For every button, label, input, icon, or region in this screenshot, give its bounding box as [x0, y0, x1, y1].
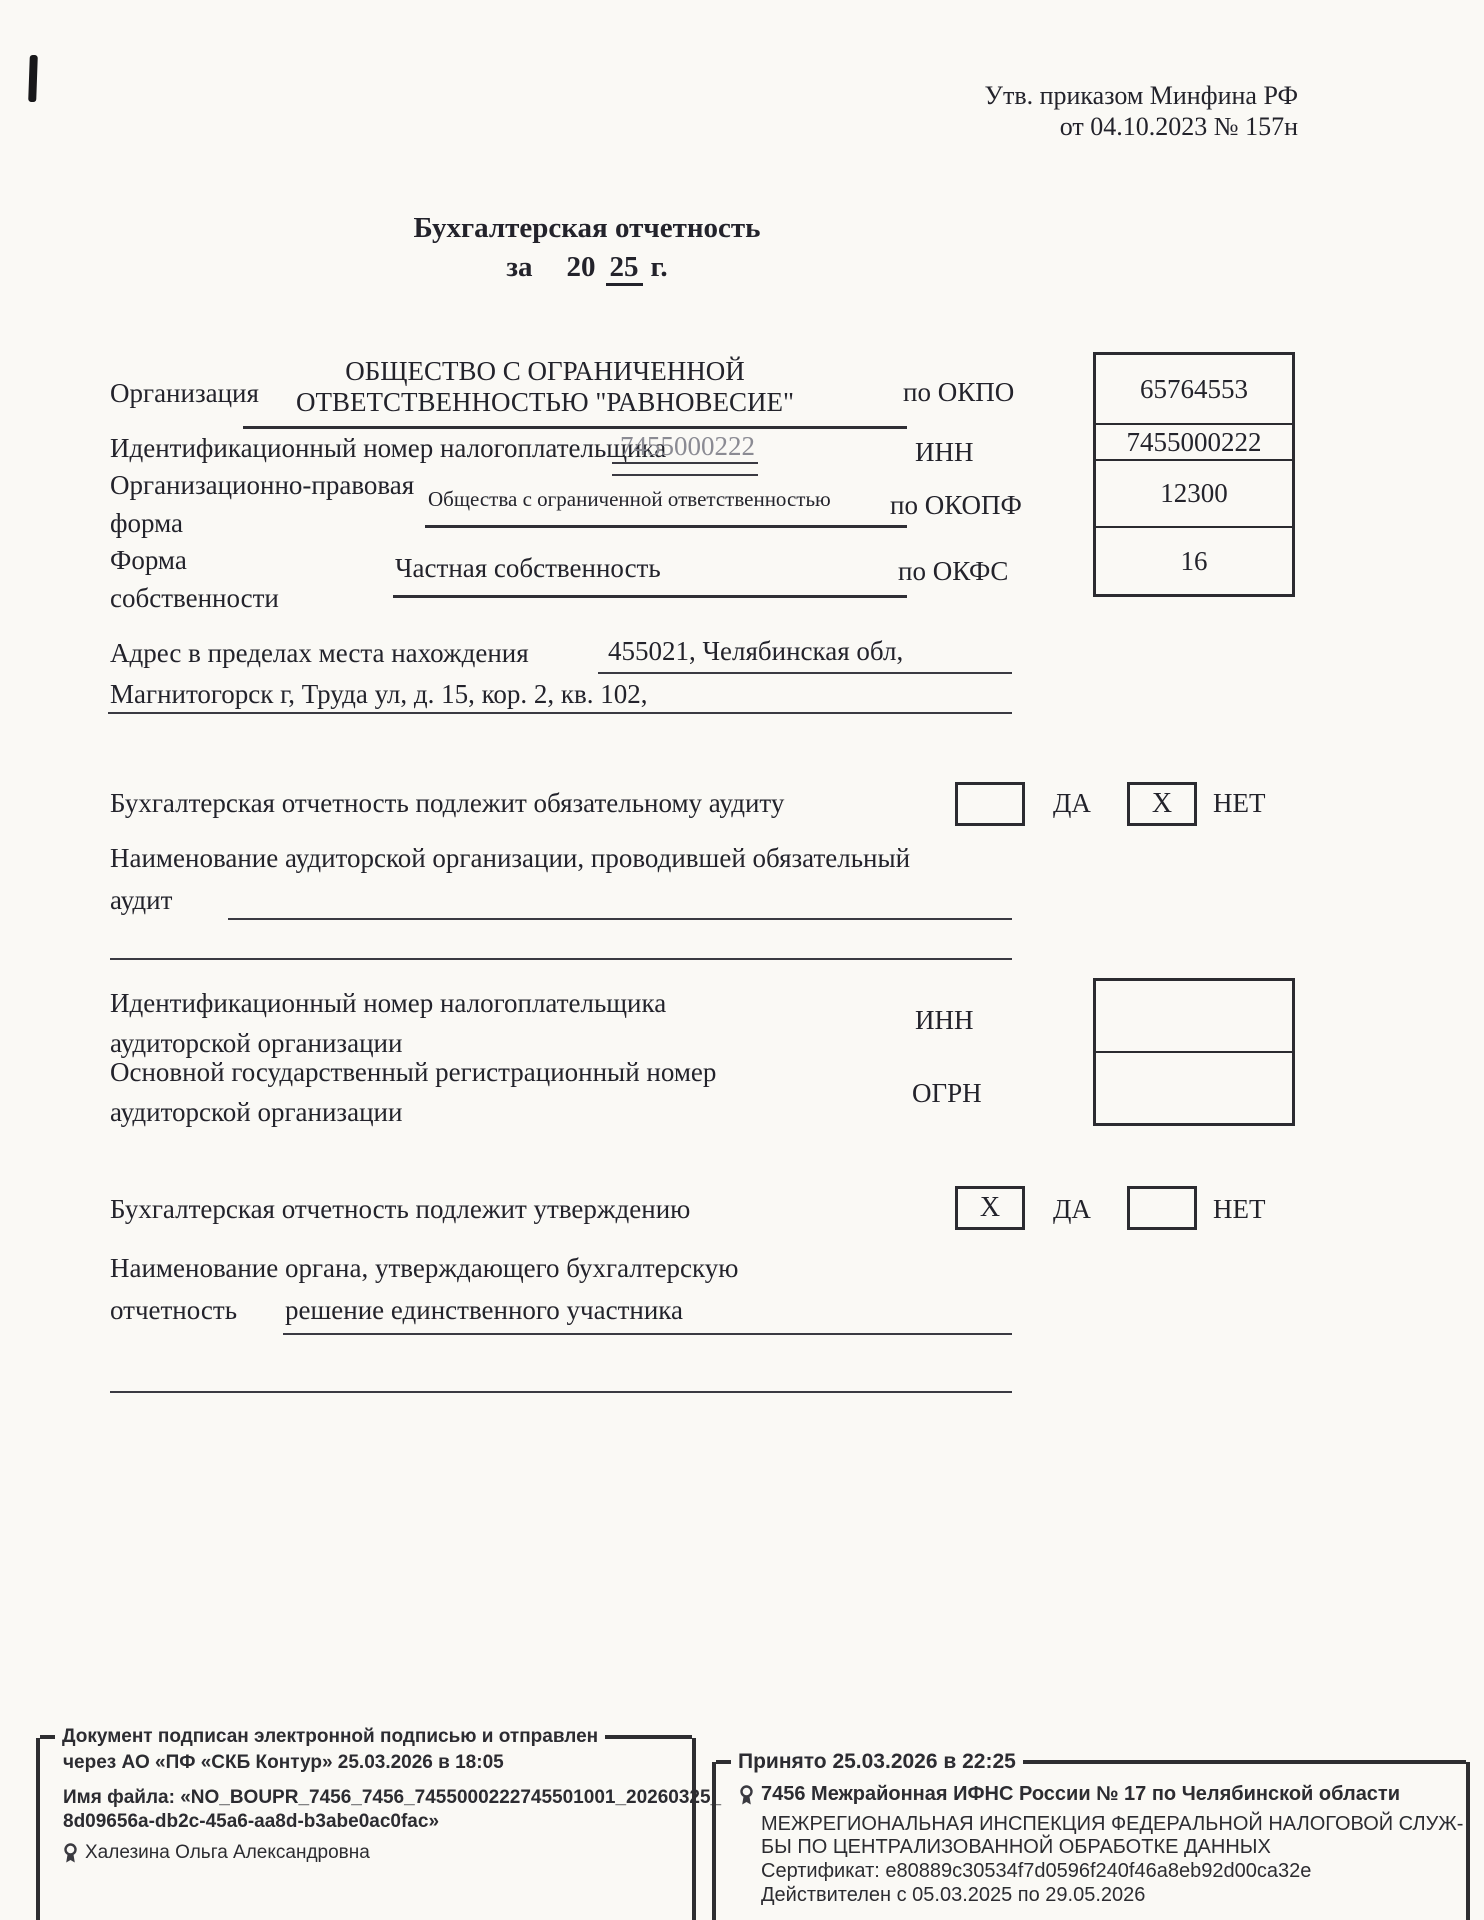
auditor-ogrn-code-label: ОГРН [912, 1078, 982, 1109]
ownership-underline [393, 595, 907, 598]
auditor-name-label-line1: Наименование аудиторской организации, пр… [110, 843, 910, 874]
subtitle-year: 25 [606, 251, 643, 286]
auditor-ogrn-value [1096, 1053, 1292, 1123]
org-label: Организация [110, 378, 259, 409]
sender-file-line1: Имя файла: «NO_BOUPR_7456_7456_745500022… [63, 1786, 692, 1809]
inn-code-label: ИНН [915, 437, 974, 468]
address-label: Адрес в пределах места нахождения [110, 638, 529, 669]
approval-question: Бухгалтерская отчетность подлежит утверж… [110, 1194, 690, 1225]
signature-medal-icon [63, 1843, 78, 1870]
opf-label-line1: Организационно-правовая [110, 470, 414, 501]
sender-file-line2: 8d09656a-db2c-45a6-aa8d-b3abe0ac0fac» [63, 1810, 692, 1833]
subtitle-prefix: за [506, 251, 532, 283]
org-value-line2: ОТВЕТСТВЕННОСТЬЮ "РАВНОВЕСИЕ" [240, 387, 850, 418]
stamp-border-segment [605, 1735, 692, 1739]
auditor-inn-code-label: ИНН [915, 1005, 974, 1036]
auditor-inn-value [1096, 981, 1292, 1051]
auditor-ogrn-label-line1: Основной государственный регистрационный… [110, 1057, 716, 1088]
stamp-border-segment [40, 1735, 55, 1739]
audit-no-label: НЕТ [1213, 788, 1265, 819]
opf-value: Общества с ограниченной ответственностью [428, 487, 831, 511]
opf-underline [425, 525, 907, 528]
auditor-name-underline-1 [228, 918, 1012, 920]
approval-no-checkbox [1127, 1186, 1197, 1230]
okfs-label: по ОКФС [898, 556, 1008, 587]
receiver-org-line2: БЫ ПО ЦЕНТРАЛИЗОВАННОЙ ОБРАБОТКЕ ДАННЫХ [761, 1836, 1466, 1859]
approving-body-underline [283, 1333, 1012, 1335]
receiver-stamp: Принято 25.03.2026 в 22:25 7456 Межрайон… [712, 1762, 1470, 1920]
ownership-value: Частная собственность [395, 553, 661, 584]
inn-value: 7455000222 [620, 431, 755, 462]
okopf-label: по ОКОПФ [890, 490, 1022, 521]
auditor-inn-label-line2: аудиторской организации [110, 1028, 402, 1059]
receiver-inspector-row: 7456 Межрайонная ИФНС России № 17 по Чел… [739, 1783, 1466, 1812]
auditor-name-label-line2: аудит [110, 885, 172, 916]
approval-yes-label: ДА [1053, 1194, 1091, 1225]
scanned-document-page: Утв. приказом Минфина РФ от 04.10.2023 №… [0, 0, 1484, 1920]
approval-no-label: НЕТ [1213, 1194, 1265, 1225]
approving-body-value: решение единственного участника [285, 1295, 683, 1326]
auditor-name-underline-2 [110, 958, 1012, 960]
page-subtitle: за2025г. [162, 251, 1012, 284]
receiver-stamp-header: Принято 25.03.2026 в 22:25 [716, 1749, 1466, 1774]
auditor-inn-label-line1: Идентификационный номер налогоплательщик… [110, 988, 666, 1019]
sender-signer-name: Халезина Ольга Александровна [85, 1841, 370, 1864]
sender-stamp-title-line2: через АО «ПФ «СКБ Контур» 25.03.2026 в 1… [63, 1751, 692, 1775]
sender-stamp-title-line1: Документ подписан электронной подписью и… [55, 1725, 605, 1749]
approval-note-line1: Утв. приказом Минфина РФ [700, 80, 1298, 111]
stamp-border-segment [716, 1760, 731, 1764]
audit-yes-checkbox [955, 782, 1025, 826]
scan-artifact-mark [28, 55, 38, 102]
receiver-validity: Действителен с 05.03.2025 по 29.05.2026 [761, 1884, 1466, 1907]
sender-stamp: Документ подписан электронной подписью и… [36, 1738, 696, 1920]
inn-underline-2 [612, 474, 758, 476]
sender-signer-row: Халезина Ольга Александровна [63, 1841, 692, 1870]
okfs-value: 16 [1096, 528, 1292, 594]
inn-code-value: 7455000222 [1096, 425, 1292, 459]
opf-label-line2: форма [110, 508, 183, 539]
subtitle-suffix: г. [651, 251, 668, 283]
receiver-stamp-title: Принято 25.03.2026 в 22:25 [731, 1749, 1023, 1774]
address-underline-1 [598, 672, 1012, 674]
sender-stamp-header: Документ подписан электронной подписью и… [40, 1725, 692, 1749]
auditor-codes-box [1093, 978, 1295, 1126]
approval-note-line2: от 04.10.2023 № 157н [700, 111, 1298, 142]
page-title: Бухгалтерская отчетность [162, 212, 1012, 245]
audit-yes-label: ДА [1053, 788, 1091, 819]
receiver-inspector: 7456 Межрайонная ИФНС России № 17 по Чел… [761, 1783, 1400, 1806]
auditor-ogrn-label-line2: аудиторской организации [110, 1097, 402, 1128]
blank-underline [110, 1391, 1012, 1393]
codes-box: 65764553 7455000222 12300 16 [1093, 352, 1295, 597]
okpo-label: по ОКПО [903, 377, 1014, 408]
address-value-line2: Магнитогорск г, Труда ул, д. 15, кор. 2,… [110, 679, 647, 710]
approving-body-label-line1: Наименование органа, утверждающего бухга… [110, 1253, 738, 1284]
ownership-label-line2: собственности [110, 583, 279, 614]
audit-no-checkbox: X [1127, 782, 1197, 826]
receiver-certificate: Сертификат: e80889c30534f7d0596f240f46a8… [761, 1860, 1466, 1883]
address-underline-2 [108, 712, 1012, 714]
ownership-label-line1: Форма [110, 545, 187, 576]
approval-yes-checkbox: X [955, 1186, 1025, 1230]
inn-underline-1 [612, 462, 758, 464]
org-underline [243, 426, 907, 429]
subtitle-century: 20 [567, 251, 596, 283]
inspection-medal-icon [739, 1785, 754, 1812]
okopf-value: 12300 [1096, 461, 1292, 526]
stamp-border-segment [1023, 1760, 1466, 1764]
org-value-line1: ОБЩЕСТВО С ОГРАНИЧЕННОЙ [240, 356, 850, 387]
approving-body-label-line2: отчетность [110, 1295, 237, 1326]
inn-label: Идентификационный номер налогоплательщик… [110, 433, 666, 464]
approval-note: Утв. приказом Минфина РФ от 04.10.2023 №… [700, 80, 1298, 142]
receiver-org-line1: МЕЖРЕГИОНАЛЬНАЯ ИНСПЕКЦИЯ ФЕДЕРАЛЬНОЙ НА… [761, 1813, 1466, 1836]
address-value-line1: 455021, Челябинская обл, [608, 636, 903, 667]
org-value: ОБЩЕСТВО С ОГРАНИЧЕННОЙ ОТВЕТСТВЕННОСТЬЮ… [240, 356, 850, 418]
okpo-value: 65764553 [1096, 355, 1292, 423]
audit-question: Бухгалтерская отчетность подлежит обязат… [110, 788, 784, 819]
